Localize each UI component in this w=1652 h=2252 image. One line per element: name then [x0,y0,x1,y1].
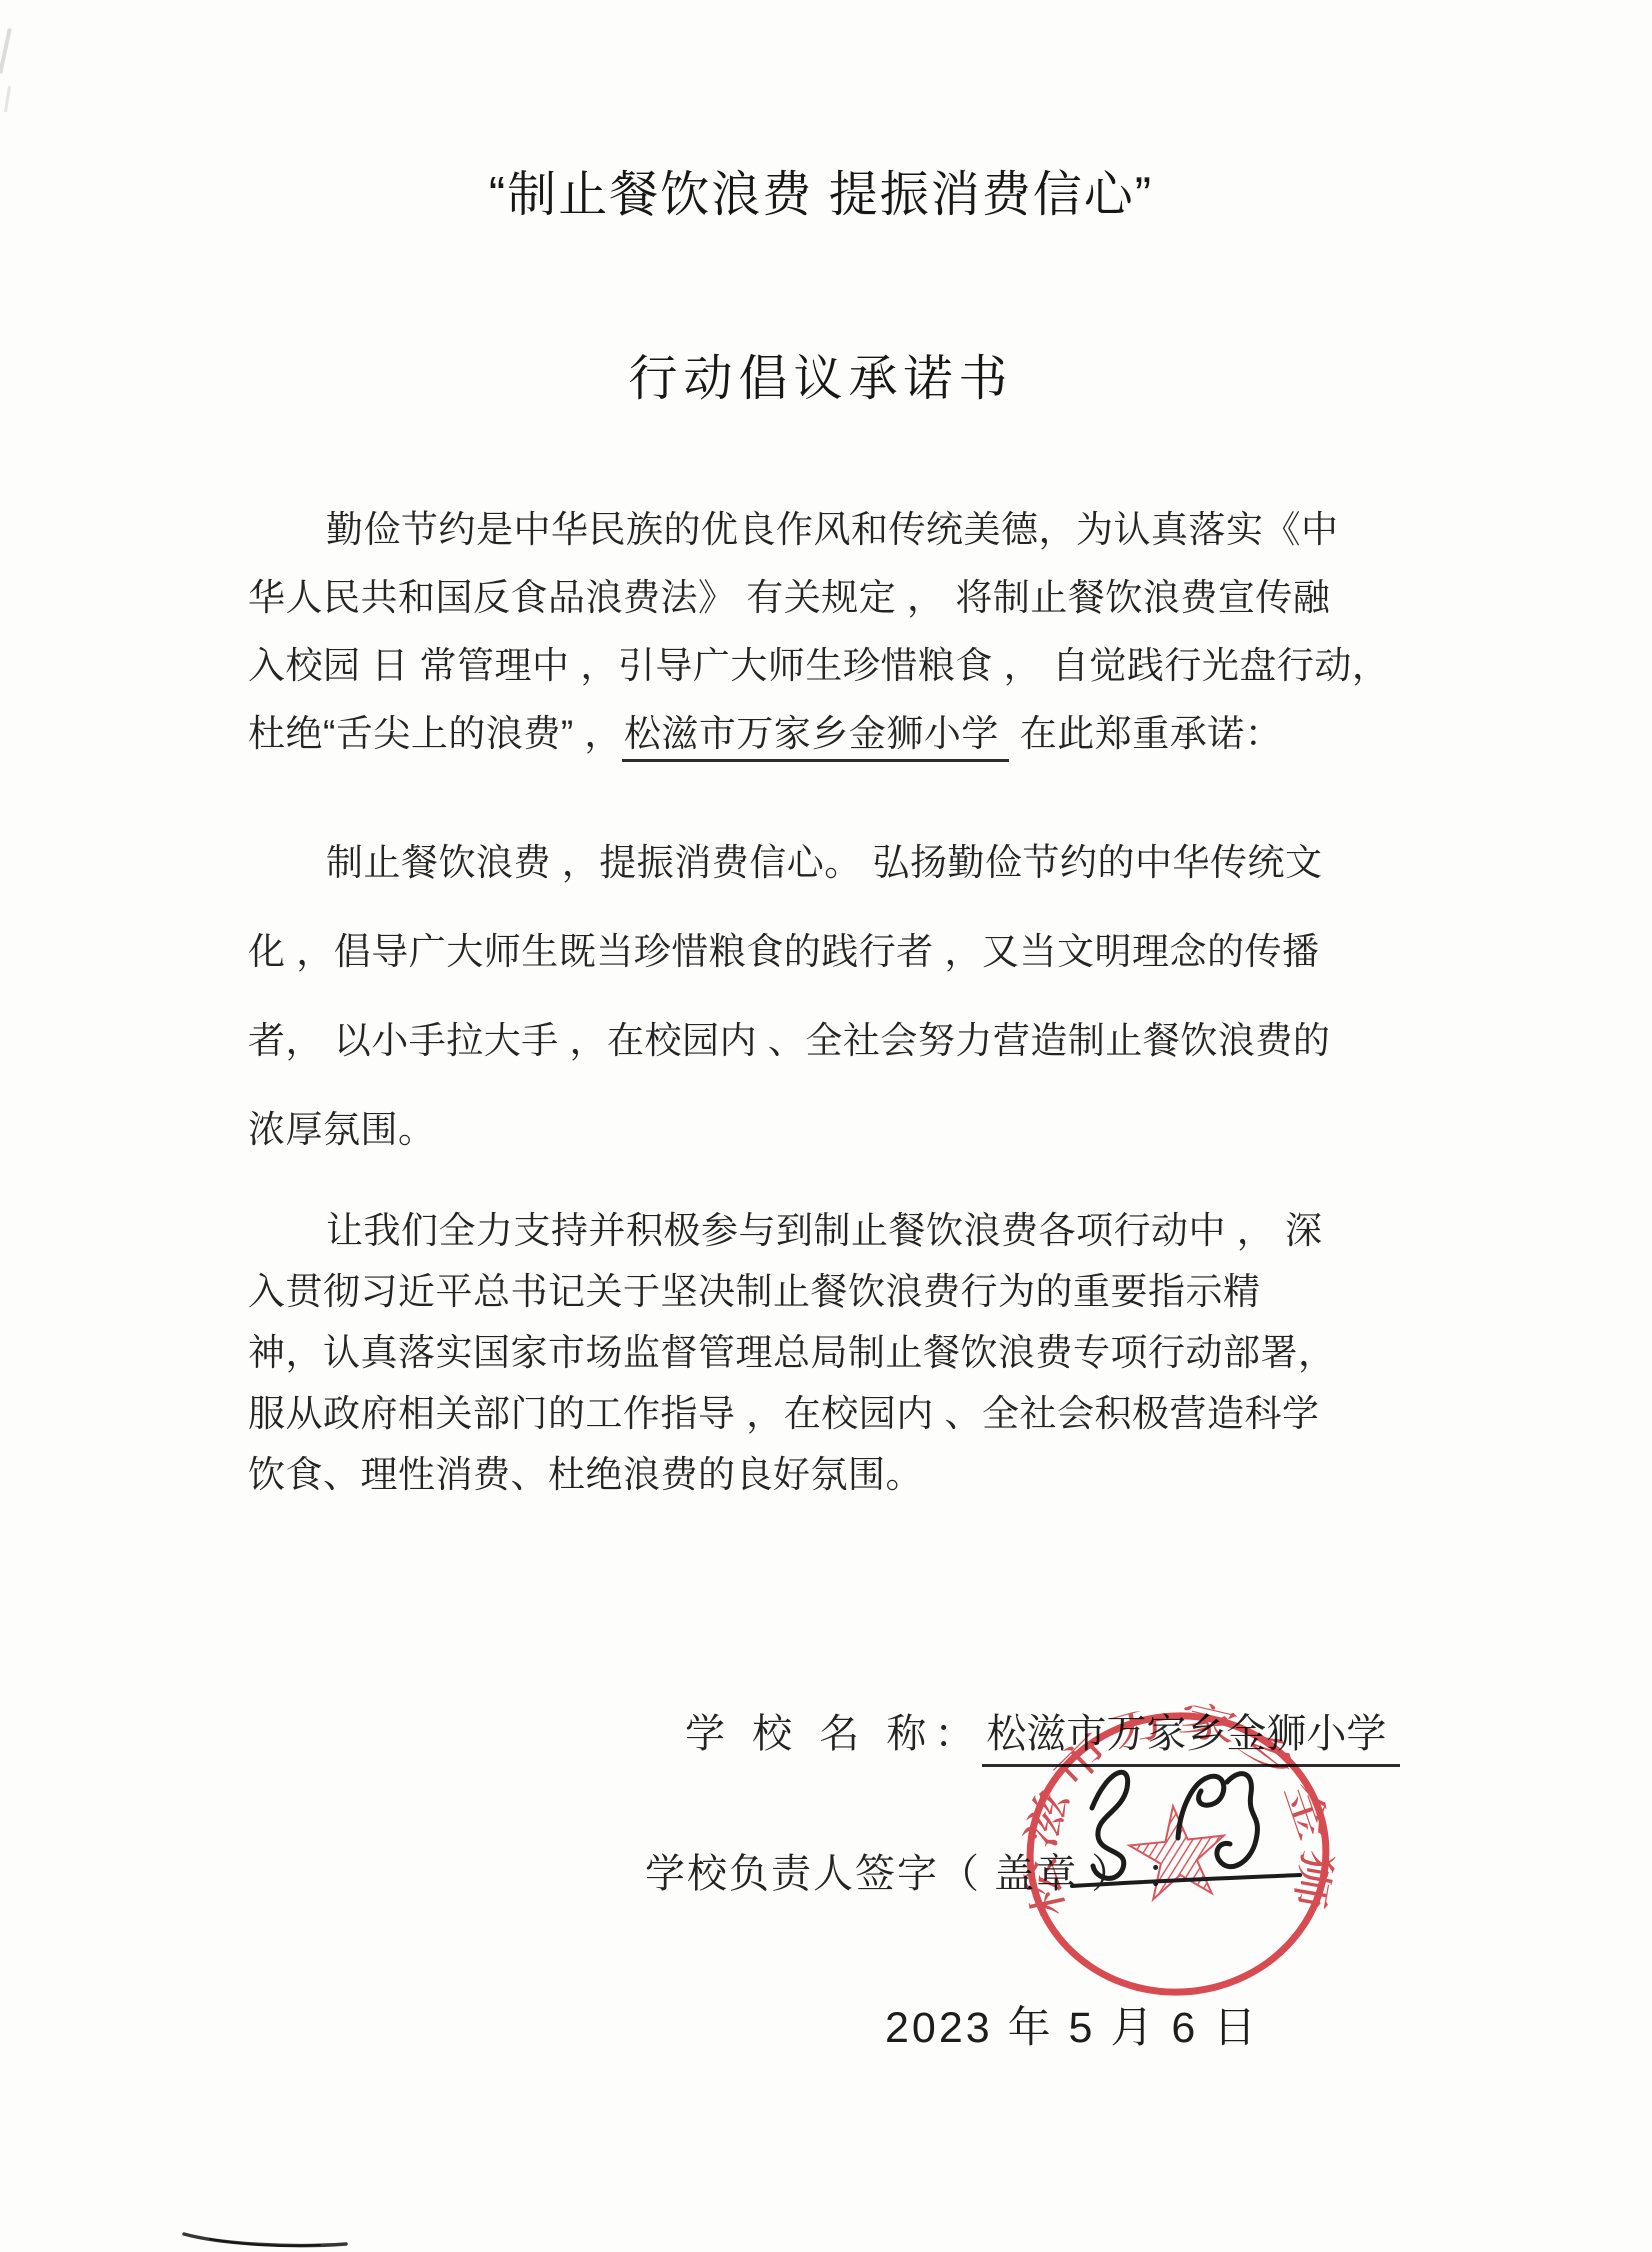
body-line: 华人民共和国反食品浪费法》 有关规定 ， 将制止餐饮浪费宣传融 [248,564,1404,632]
document-title-line2: 行动倡议承诺书 [248,340,1394,410]
paragraph-3: 让我们全力支持并积极参与到制止餐饮浪费各项行动中 ， 深 入贯彻习近平总书记关于… [248,1200,1404,1505]
signature-stroke [1178,1776,1224,1838]
scanned-pledge-document: “制止餐饮浪费 提振消费信心” 行动倡议承诺书 勤俭节约是中华民族的优良作风和传… [0,0,1652,2252]
body-line: 浓厚氛围。 [248,1085,1404,1174]
body-line: 杜绝“舌尖上的浪费” ，松滋市万家乡金狮小学 在此郑重承诺： [248,700,1404,768]
paragraph-1: 勤俭节约是中华民族的优良作风和传统美德，为认真落实《中 华人民共和国反食品浪费法… [248,496,1404,768]
scan-artifact [180,2222,350,2252]
principal-signature [1030,1752,1330,1912]
document-title-line1: “制止餐饮浪费 提振消费信心” [248,156,1394,226]
paragraph-2: 制止餐饮浪费 ，提振消费信心。 弘扬勤俭节约的中华传统文 化 ，倡导广大师生既当… [248,818,1404,1174]
scan-artifact [0,28,12,74]
body-line: 饮食、理性消费、杜绝浪费的良好氛围。 [248,1444,1404,1505]
body-line: 制止餐饮浪费 ，提振消费信心。 弘扬勤俭节约的中华传统文 [248,818,1404,907]
body-line-segment: 在此郑重承诺： [1009,713,1282,754]
school-name-label: 学 校 名 称： [685,1712,982,1756]
body-line: 入校园 日 常管理中 ，引导广大师生珍惜粮食 ， 自觉践行光盘行动， [248,632,1404,700]
body-line: 神，认真落实国家市场监督管理总局制止餐饮浪费专项行动部署， [248,1322,1404,1383]
school-name-underlined: 松滋市万家乡金狮小学 [622,713,1009,762]
body-line-segment: 杜绝“舌尖上的浪费” ， [248,713,622,754]
body-line: 勤俭节约是中华民族的优良作风和传统美德，为认真落实《中 [248,496,1404,564]
body-line: 化 ，倡导广大师生既当珍惜粮食的践行者 ，又当文明理念的传播 [248,907,1404,996]
body-line: 服从政府相关部门的工作指导 ，在校园内 、全社会积极营造科学 [248,1383,1404,1444]
body-line: 者， 以小手拉大手 ，在校园内 、全社会努力营造制止餐饮浪费的 [248,996,1404,1085]
scan-artifact [4,86,11,112]
signature-stroke [1092,1772,1128,1878]
body-line: 让我们全力支持并积极参与到制止餐饮浪费各项行动中 ， 深 [248,1200,1404,1261]
body-line: 入贯彻习近平总书记关于坚决制止餐饮浪费行为的重要指示精 [248,1261,1404,1322]
